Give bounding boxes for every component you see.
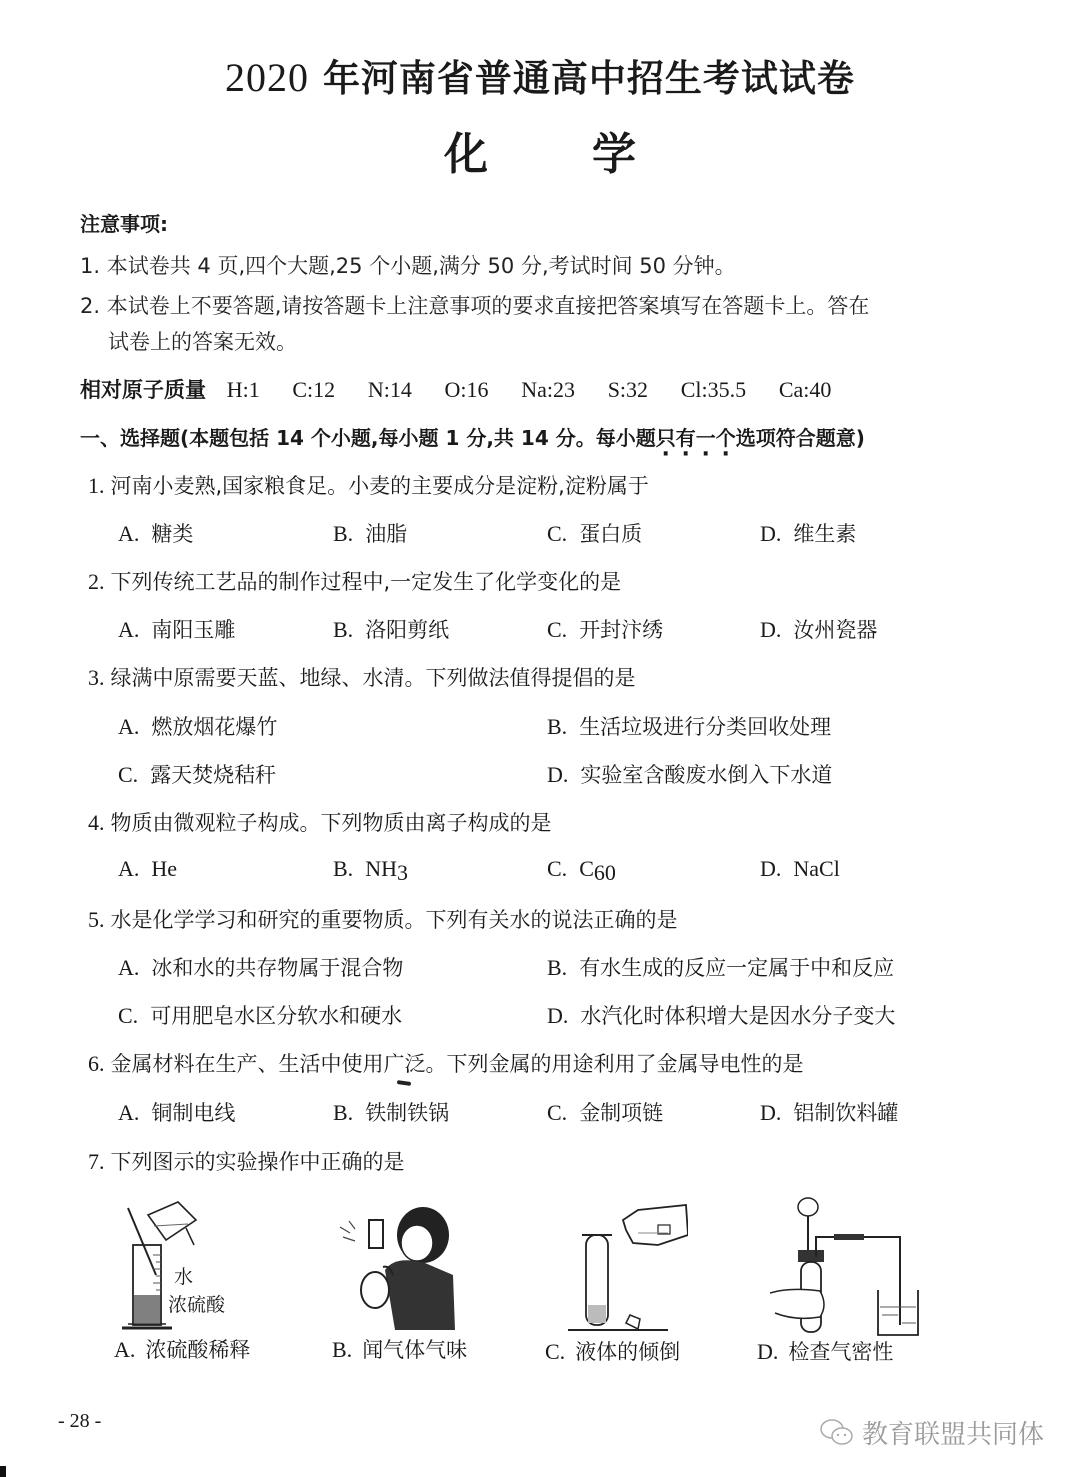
subscript: 3: [397, 860, 408, 885]
option-key: A.: [118, 1100, 139, 1125]
question-number: 4.: [88, 810, 105, 835]
option-text: 水汽化时体积增大是因水分子变大: [580, 1004, 895, 1028]
option-key: C.: [547, 1100, 567, 1125]
option-text: 燃放烟花爆竹: [151, 715, 277, 739]
figure-a-dilution: 水 浓硫酸: [118, 1200, 278, 1335]
section-suffix: 选项符合题意): [736, 426, 865, 450]
option-text: He: [151, 856, 177, 881]
option-key: B.: [333, 521, 353, 546]
q3-option-d: D.实验室含酸废水倒入下水道: [547, 759, 832, 789]
option-text: 铁制铁锅: [365, 1101, 449, 1125]
atomic-mass: Cl:35.5: [681, 377, 746, 403]
q5-option-d: D.水汽化时体积增大是因水分子变大: [547, 1000, 895, 1030]
atomic-mass: O:16: [445, 377, 489, 403]
option-key: C.: [118, 762, 138, 787]
question-number: 5.: [88, 907, 105, 932]
option-key: D.: [757, 1339, 778, 1364]
option-key: D.: [760, 856, 781, 881]
question-5-stem: 5.水是化学学习和研究的重要物质。下列有关水的说法正确的是: [88, 904, 678, 934]
atomic-mass: S:32: [608, 377, 648, 403]
option-text: 糖类: [151, 522, 193, 546]
atomic-masses-label: 相对原子质量: [80, 378, 206, 402]
atomic-mass: H:1: [227, 377, 260, 403]
option-text: 油脂: [365, 522, 407, 546]
q6-option-a: A.铜制电线: [118, 1097, 235, 1127]
option-text: 有水生成的反应一定属于中和反应: [579, 956, 894, 980]
option-key: B.: [333, 856, 353, 881]
q6-option-d: D.铝制饮料罐: [760, 1097, 898, 1127]
option-text: 金制项链: [579, 1101, 663, 1125]
page-number: - 28 -: [58, 1410, 101, 1433]
question-stem: 金属材料在生产、生活中使用广泛。下列金属的用途利用了金属导电性的是: [111, 1052, 804, 1076]
airtightness-apparatus-icon: [770, 1195, 920, 1340]
option-text: 洛阳剪纸: [365, 618, 449, 642]
option-text: 维生素: [793, 522, 856, 546]
option-key: A.: [118, 955, 139, 980]
option-key: D.: [760, 1100, 781, 1125]
title-text: 年河南省普通高中招生考试试卷: [323, 57, 855, 100]
section-prefix: 一、选择题(本题包括 14 个小题,每小题 1 分,共 14 分。每小题: [80, 426, 656, 450]
title-year: 2020: [225, 55, 309, 100]
q1-option-b: B.油脂: [333, 518, 407, 548]
figure-c-pouring: [568, 1195, 688, 1335]
question-number: 6.: [88, 1051, 105, 1076]
q1-option-d: D.维生素: [760, 518, 856, 548]
question-stem: 物质由微观粒子构成。下列物质由离子构成的是: [111, 811, 552, 835]
emphasis-char: 一: [696, 426, 716, 450]
notice-num: 2.: [80, 294, 100, 318]
option-text: 闻气体气味: [362, 1338, 467, 1362]
option-text: 汝州瓷器: [793, 618, 877, 642]
figure-d-caption: D.检查气密性: [757, 1336, 893, 1366]
q4-option-a: A.He: [118, 856, 177, 882]
option-key: B.: [547, 714, 567, 739]
exam-title: 2020 年河南省普通高中招生考试试卷: [0, 48, 1080, 102]
subject-char: 学: [592, 118, 636, 182]
option-text: NH: [365, 856, 397, 881]
q2-option-d: D.汝州瓷器: [760, 614, 877, 644]
figure-b-smelling: [335, 1205, 465, 1335]
section-heading: 一、选择题(本题包括 14 个小题,每小题 1 分,共 14 分。每小题只有一个…: [80, 422, 865, 451]
q2-option-a: A.南阳玉雕: [118, 614, 235, 644]
test-tube-pour-icon: [568, 1195, 688, 1335]
q1-option-a: A.糖类: [118, 518, 193, 548]
q5-option-c: C.可用肥皂水区分软水和硬水: [118, 1000, 402, 1030]
q3-option-b: B.生活垃圾进行分类回收处理: [547, 711, 831, 741]
watermark: 教育联盟共同体: [820, 1414, 1044, 1451]
q3-option-a: A.燃放烟花爆竹: [118, 711, 277, 741]
question-stem: 下列图示的实验操作中正确的是: [111, 1150, 405, 1174]
question-stem: 河南小麦熟,国家粮食足。小麦的主要成分是淀粉,淀粉属于: [111, 474, 649, 498]
atomic-mass: N:14: [368, 377, 412, 403]
option-key: A.: [118, 617, 139, 642]
scan-corner-mark: [0, 1466, 6, 1477]
option-text: 露天焚烧秸秆: [150, 763, 276, 787]
figure-a-caption: A.浓硫酸稀释: [114, 1334, 250, 1364]
q1-option-c: C.蛋白质: [547, 518, 642, 548]
q2-option-b: B.洛阳剪纸: [333, 614, 449, 644]
q6-option-b: B.铁制铁锅: [333, 1097, 449, 1127]
figure-label-acid: 浓硫酸: [168, 1290, 225, 1317]
option-text: 铝制饮料罐: [793, 1101, 898, 1125]
atomic-mass: C:12: [292, 377, 335, 403]
option-key: A.: [118, 714, 139, 739]
person-smelling-icon: [335, 1205, 465, 1335]
atomic-mass: Ca:40: [779, 377, 832, 403]
question-2-stem: 2.下列传统工艺品的制作过程中,一定发生了化学变化的是: [88, 566, 621, 596]
question-7-stem: 7.下列图示的实验操作中正确的是: [88, 1146, 405, 1176]
question-number: 3.: [88, 665, 105, 690]
option-text: 检查气密性: [788, 1340, 893, 1364]
notice-item-2-cont: 试卷上的答案无效。: [108, 326, 297, 356]
option-key: D.: [547, 762, 568, 787]
watermark-text: 教育联盟共同体: [862, 1414, 1044, 1451]
notice-item-1: 1. 本试卷共 4 页,四个大题,25 个小题,满分 50 分,考试时间 50 …: [80, 250, 736, 280]
option-key: B.: [333, 1100, 353, 1125]
atomic-mass: Na:23: [521, 377, 575, 403]
option-text: C: [579, 856, 594, 881]
q4-option-b: B.NH3: [333, 856, 408, 886]
question-6-stem: 6.金属材料在生产、生活中使用广泛。下列金属的用途利用了金属导电性的是: [88, 1048, 804, 1078]
notice-text: 本试卷上不要答题,请按答题卡上注意事项的要求直接把答案填写在答题卡上。答在: [107, 294, 870, 318]
question-1-stem: 1.河南小麦熟,国家粮食足。小麦的主要成分是淀粉,淀粉属于: [88, 470, 649, 500]
question-stem: 下列传统工艺品的制作过程中,一定发生了化学变化的是: [111, 570, 622, 594]
option-key: B.: [547, 955, 567, 980]
option-key: A.: [118, 856, 139, 881]
scan-mark: [397, 1080, 411, 1086]
option-key: A.: [118, 521, 139, 546]
question-stem: 绿满中原需要天蓝、地绿、水清。下列做法值得提倡的是: [111, 666, 636, 690]
option-text: 开封汴绣: [579, 618, 663, 642]
option-key: C.: [547, 521, 567, 546]
question-4-stem: 4.物质由微观粒子构成。下列物质由离子构成的是: [88, 807, 552, 837]
option-key: C.: [547, 617, 567, 642]
q3-option-c: C.露天焚烧秸秆: [118, 759, 276, 789]
question-3-stem: 3.绿满中原需要天蓝、地绿、水清。下列做法值得提倡的是: [88, 662, 636, 692]
option-text: 生活垃圾进行分类回收处理: [579, 715, 831, 739]
question-stem: 水是化学学习和研究的重要物质。下列有关水的说法正确的是: [111, 908, 678, 932]
option-key: B.: [332, 1337, 352, 1362]
question-number: 2.: [88, 569, 105, 594]
notice-text: 本试卷共 4 页,四个大题,25 个小题,满分 50 分,考试时间 50 分钟。: [107, 254, 736, 278]
option-key: D.: [760, 521, 781, 546]
option-text: NaCl: [793, 856, 839, 881]
figure-d-airtight: [770, 1195, 920, 1340]
question-number: 7.: [88, 1149, 105, 1174]
option-key: B.: [333, 617, 353, 642]
option-key: C.: [118, 1003, 138, 1028]
emphasis-char: 有: [676, 426, 696, 450]
q4-option-c: C.C60: [547, 856, 616, 886]
option-text: 液体的倾倒: [575, 1340, 680, 1364]
option-text: 实验室含酸废水倒入下水道: [580, 763, 832, 787]
option-key: A.: [114, 1337, 135, 1362]
option-key: D.: [760, 617, 781, 642]
atomic-masses: 相对原子质量 H:1 C:12 N:14 O:16 Na:23 S:32 Cl:…: [80, 374, 857, 404]
option-key: C.: [545, 1339, 565, 1364]
notice-heading: 注意事项:: [80, 208, 168, 237]
q5-option-b: B.有水生成的反应一定属于中和反应: [547, 952, 894, 982]
notice-item-2: 2. 本试卷上不要答题,请按答题卡上注意事项的要求直接把答案填写在答题卡上。答在: [80, 290, 869, 320]
option-text: 可用肥皂水区分软水和硬水: [150, 1004, 402, 1028]
notice-num: 1.: [80, 254, 100, 278]
emphasis-char: 只: [656, 426, 676, 450]
option-text: 蛋白质: [579, 522, 642, 546]
subject-char: 化: [444, 118, 488, 182]
option-key: D.: [547, 1003, 568, 1028]
figure-label-water: 水: [174, 1262, 193, 1289]
subject-title: 化学: [0, 118, 1080, 182]
subscript: 60: [594, 860, 616, 885]
q5-option-a: A.冰和水的共存物属于混合物: [118, 952, 403, 982]
q4-option-d: D.NaCl: [760, 856, 840, 882]
q2-option-c: C.开封汴绣: [547, 614, 663, 644]
wechat-icon: [820, 1418, 854, 1448]
figure-c-caption: C.液体的倾倒: [545, 1336, 680, 1366]
option-text: 铜制电线: [151, 1101, 235, 1125]
question-number: 1.: [88, 473, 105, 498]
option-text: 浓硫酸稀释: [145, 1338, 250, 1362]
option-key: C.: [547, 856, 567, 881]
option-text: 冰和水的共存物属于混合物: [151, 956, 403, 980]
emphasis-char: 个: [716, 426, 736, 450]
option-text: 南阳玉雕: [151, 618, 235, 642]
q6-option-c: C.金制项链: [547, 1097, 663, 1127]
figure-b-caption: B.闻气体气味: [332, 1334, 467, 1364]
